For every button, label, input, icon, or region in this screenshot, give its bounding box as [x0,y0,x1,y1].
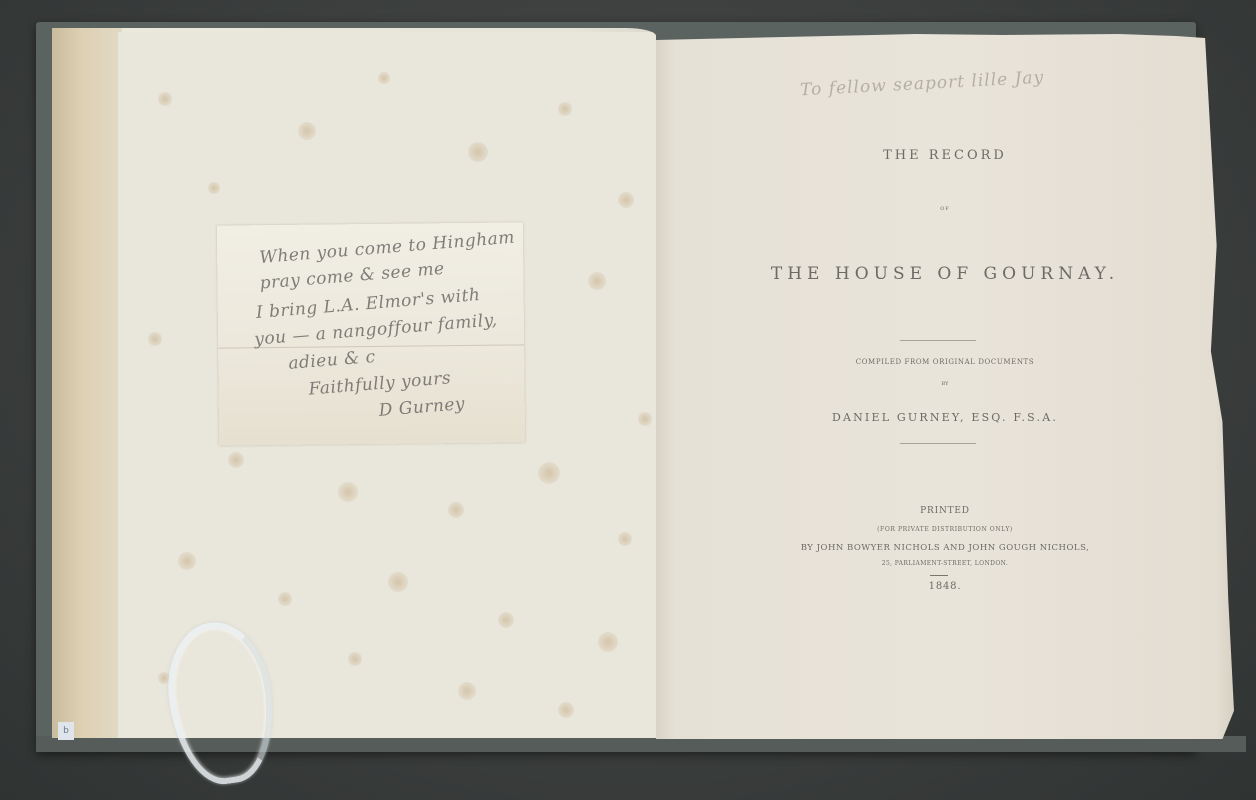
note-signature: D Gurney [378,394,466,421]
shelf-label-tag: b [58,722,74,740]
pastedown-edge [52,28,122,738]
title-line-1: THE RECORD [656,148,1234,163]
note-line: adieu & c [288,347,377,374]
printed-line: PRINTED [656,506,1234,516]
compiled-line: COMPILED FROM ORIGINAL DOCUMENTS [656,358,1234,366]
address-line: 25, PARLIAMENT-STREET, LONDON. [656,560,1234,567]
printers-line: BY JOHN BOWYER NICHOLS AND JOHN GOUGH NI… [656,543,1234,553]
by-line: BY [656,381,1234,387]
short-rule [930,575,948,576]
author-line: DANIEL GURNEY, ESQ. F.S.A. [656,411,1234,424]
note-line: Faithfully yours [308,368,452,399]
divider-rule [900,443,976,444]
handwritten-note: When you come to Hingham pray come & see… [217,222,525,445]
distribution-line: (FOR PRIVATE DISTRIBUTION ONLY) [656,526,1234,533]
year-line: 1848. [656,581,1234,592]
note-line: When you come to Hingham [259,228,516,268]
title-of: OF [656,206,1234,212]
divider-rule [900,340,976,341]
title-line-2: THE HOUSE OF GOURNAY. [656,264,1234,284]
